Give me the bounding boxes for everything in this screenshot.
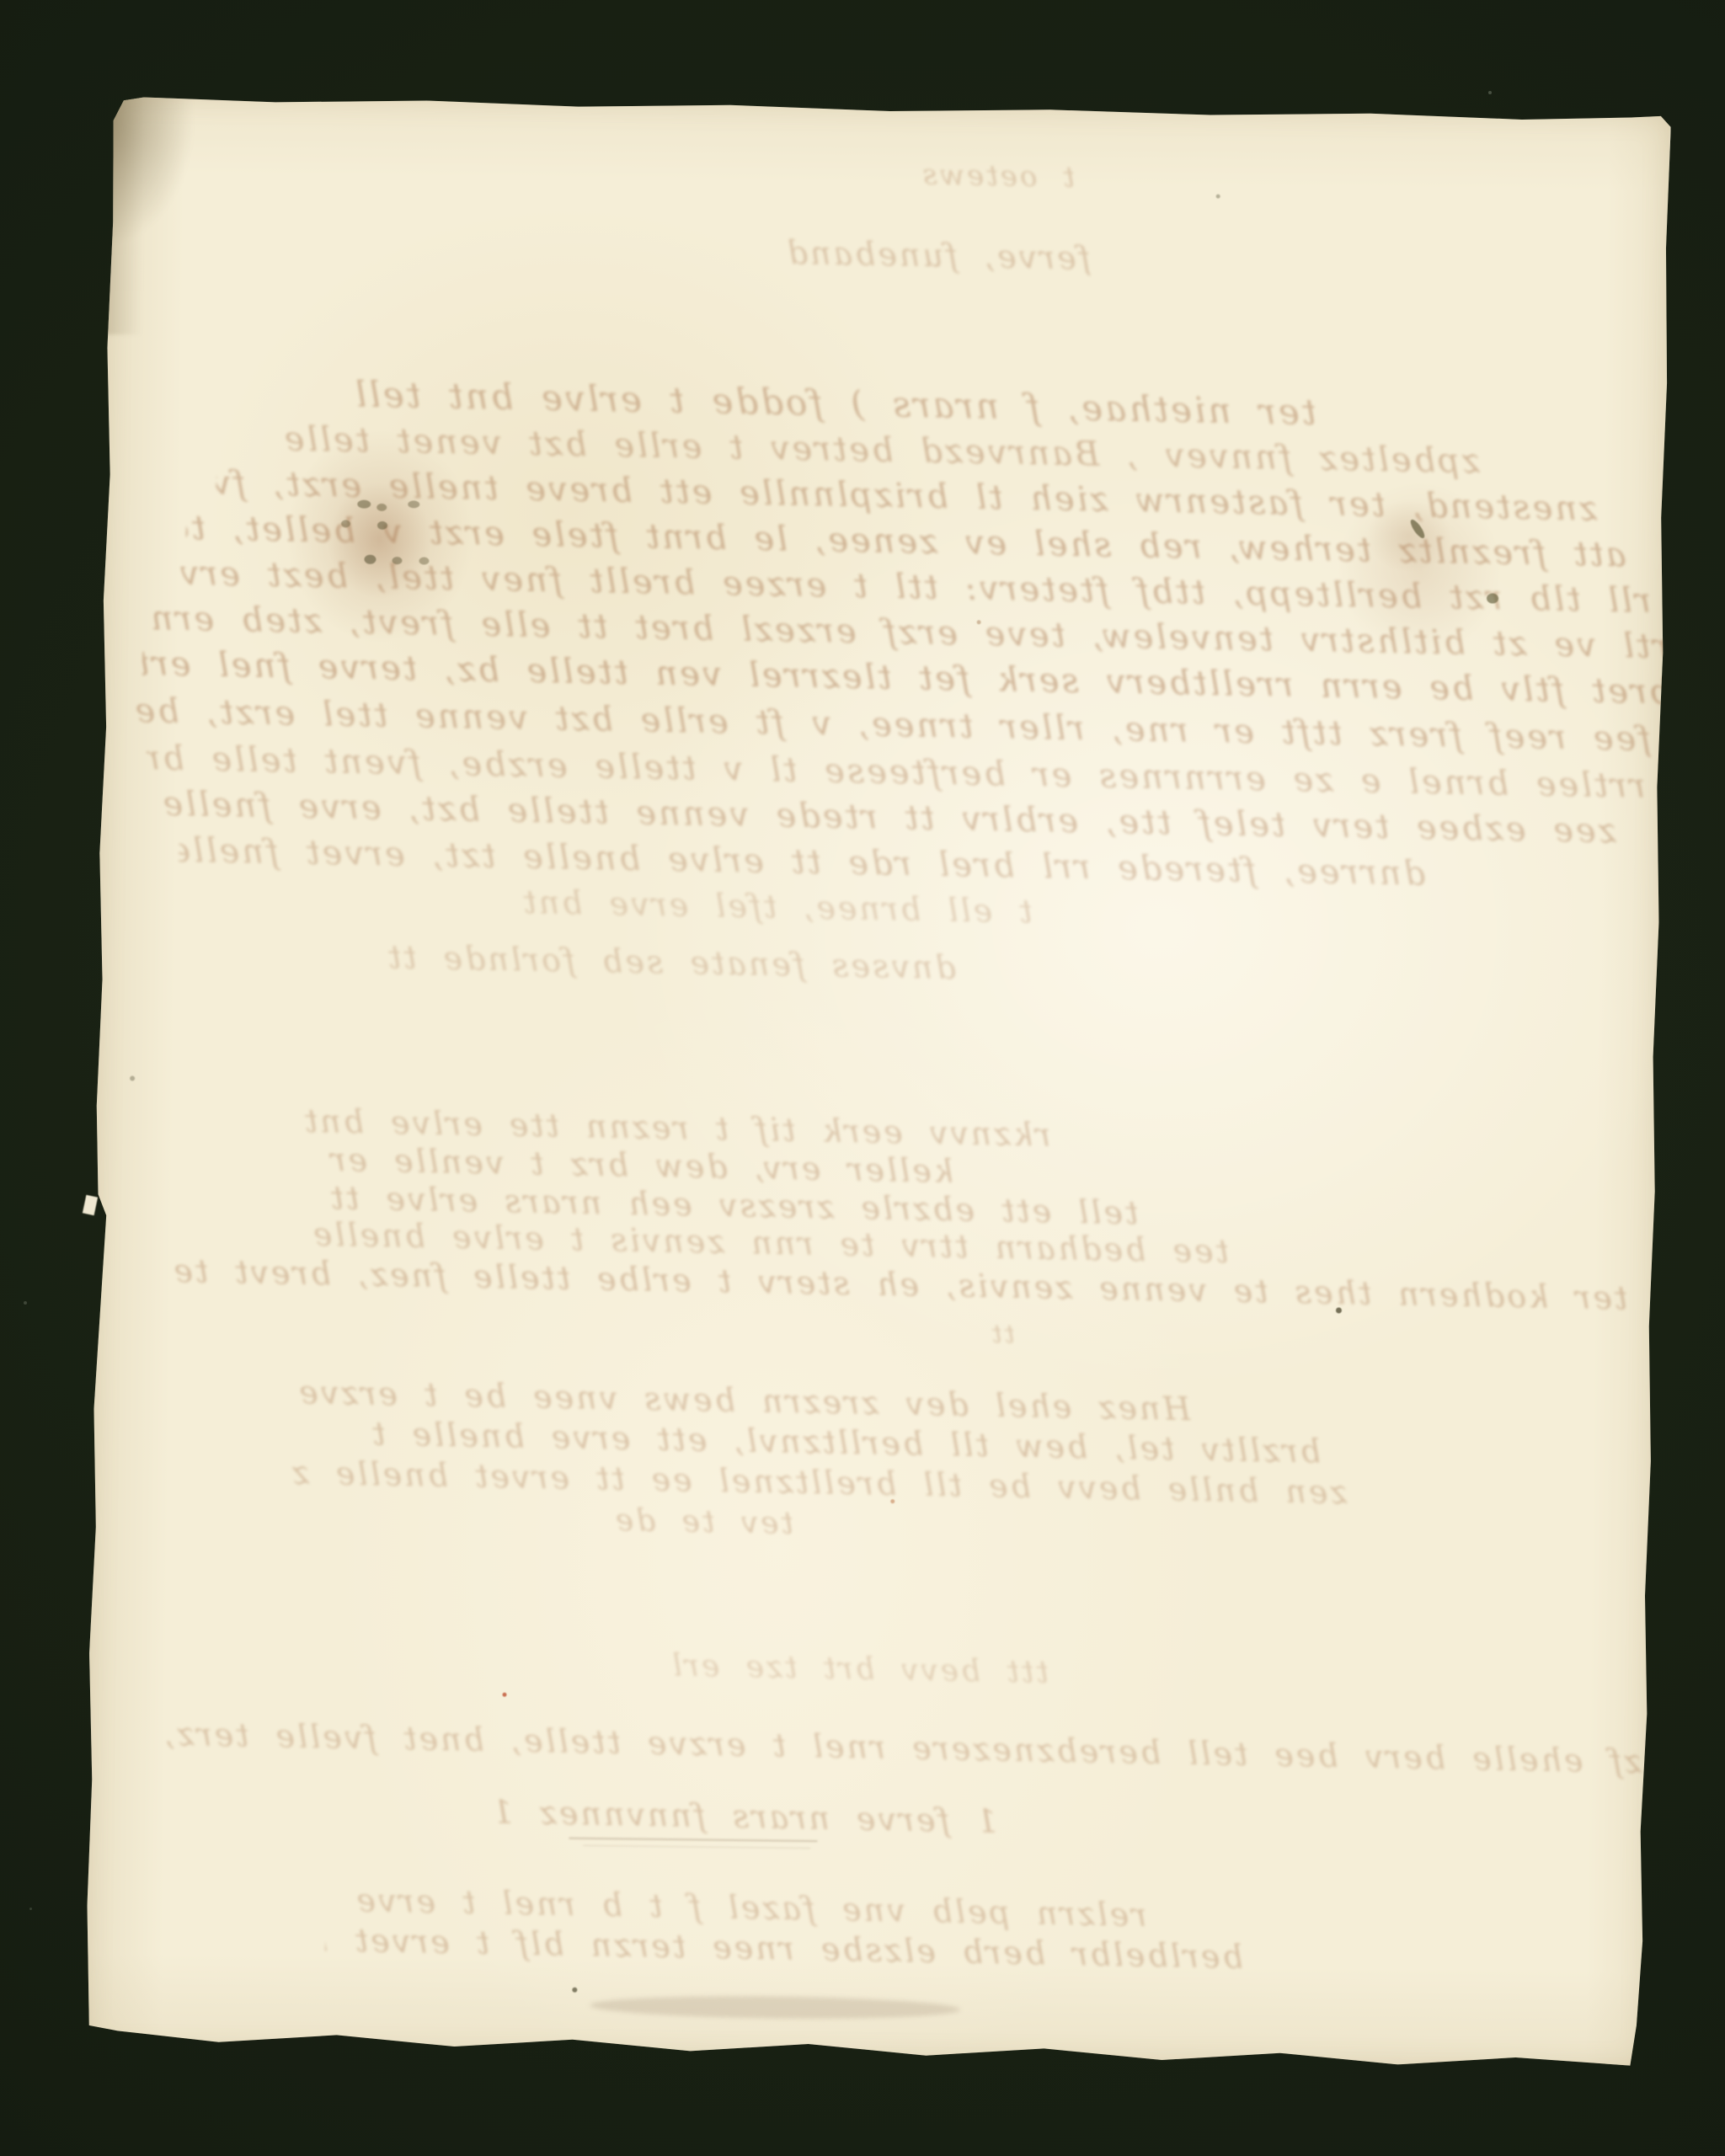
ink-speck <box>1336 1307 1342 1313</box>
scanner-background: t oetewsferve, funebandter niethae, f nr… <box>0 0 1725 2156</box>
corner-smudge <box>101 90 264 336</box>
ink-speck <box>572 1988 577 1993</box>
graphite-smear <box>590 1994 960 2020</box>
dust-speck <box>29 1908 32 1910</box>
ink-speck <box>977 620 981 624</box>
ink-speck <box>890 1499 895 1503</box>
ink-speck <box>1487 593 1498 603</box>
ink-speck <box>377 504 387 511</box>
ink-speck <box>392 557 402 564</box>
ink-speck <box>130 1075 135 1081</box>
ink-speck <box>419 557 429 564</box>
speck-layer <box>83 95 1670 2069</box>
ink-speck <box>1216 195 1220 199</box>
ink-speck <box>341 520 350 527</box>
dust-speck <box>24 1301 27 1305</box>
dust-speck <box>1488 91 1492 94</box>
bleed-underline <box>569 1838 817 1843</box>
paper-edge-nick <box>83 1195 98 1215</box>
ink-speck <box>357 500 371 509</box>
bleed-underline <box>583 1845 810 1849</box>
ink-speck <box>1408 518 1427 541</box>
ink-speck <box>408 500 419 508</box>
ink-speck <box>364 555 376 564</box>
paper-sheet: t oetewsferve, funebandter niethae, f nr… <box>83 95 1670 2069</box>
ink-speck <box>502 1693 506 1697</box>
ink-speck <box>377 521 387 530</box>
